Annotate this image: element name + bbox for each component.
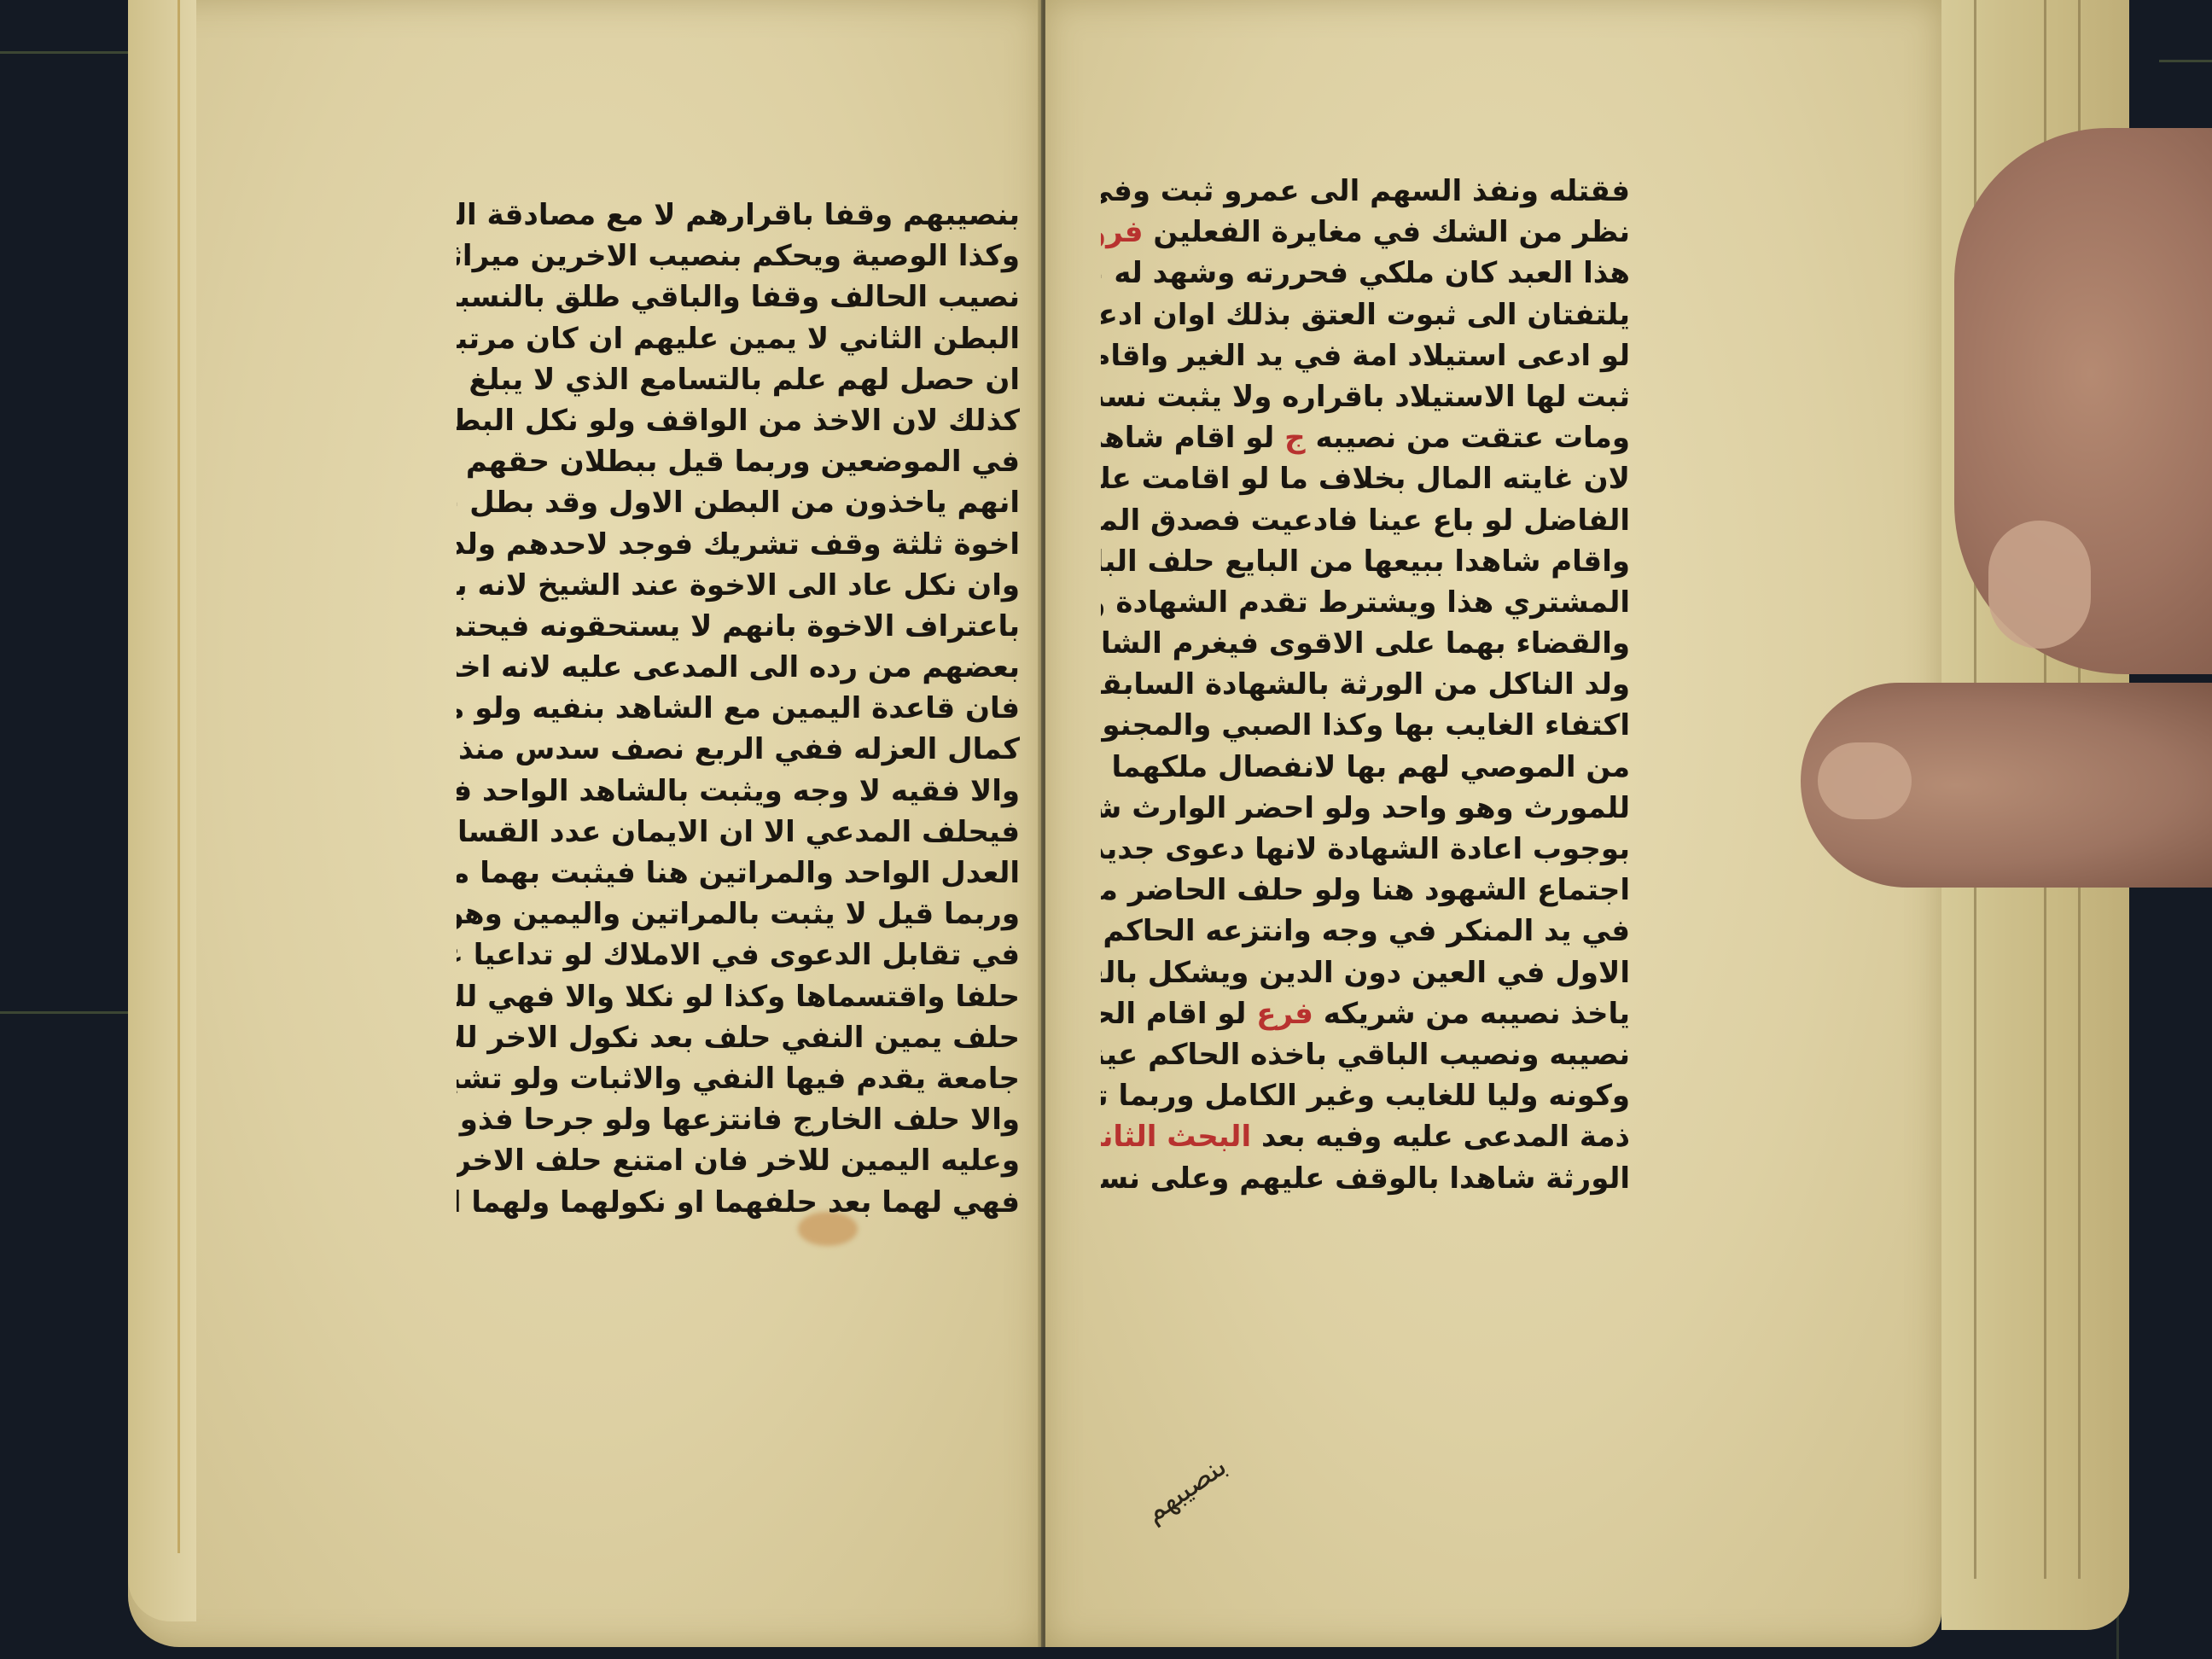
text-line: بوجوب اعادة الشهادة لانها دعوى جديدة ويش… [1101, 829, 1630, 870]
open-manuscript [128, 0, 2065, 1647]
rubric-far: فرع [1256, 997, 1313, 1031]
left-page-text: بنصيبهم وقفا باقرارهم لا مع مصادقة الدين… [457, 195, 1020, 1223]
background-tile-line [2159, 60, 2212, 62]
text-line: اكتفاء الغايب بها وكذا الصبي والمجنون في… [1101, 705, 1630, 746]
text-line: ان حصل لهم علم بالتسامع الذي لا يبلغ الح… [457, 359, 1020, 400]
text-line: وان نكل عاد الى الاخوة عند الشيخ لانه با… [457, 565, 1020, 606]
fingernail [1988, 521, 2091, 649]
text-line-with-rubric: ذمة المدعى عليه وفيه بعد البحث الثاني في… [1101, 1116, 1630, 1157]
text-segment: نظر من الشك في مغايرة الفعلين [1153, 215, 1630, 249]
text-line: فيحلف المدعي الا ان الايمان عدد القسامة … [457, 812, 1020, 853]
text-line-with-rubric: وربما قيل لا يثبت بالمراتين واليمين وهو … [457, 894, 1020, 934]
text-line: فهي لهما بعد حلفهما او نكولهما ولهما احل… [457, 1182, 1020, 1223]
hand-finger [1954, 128, 2212, 674]
text-line-with-rubric: نظر من الشك في مغايرة الفعلين فروع اربعة… [1101, 212, 1630, 253]
text-line: نصيبه ونصيب الباقي باخذه الحاكم عينا كان… [1101, 1034, 1630, 1075]
text-line: لو ادعى استيلاد امة في يد الغير واقام عد… [1101, 335, 1630, 376]
text-line: في يد المنكر في وجه وانتزعه الحاكم في اخ… [1101, 911, 1630, 952]
rubric-furu: فروع [1101, 215, 1144, 249]
text-line: انهم ياخذون من البطن الاول وقد بطل حقهم … [457, 482, 1020, 523]
text-line: جامعة يقدم فيها النفي والاثبات ولو تشبث … [457, 1058, 1020, 1099]
text-line: البطن الثاني لا يمين عليهم ان كان مرتبا … [457, 318, 1020, 359]
text-line: وكذا الوصية ويحكم بنصيب الاخرين ميراثا و… [457, 236, 1020, 276]
text-line: حلفا واقتسماها وكذا لو نكلا والا فهي للح… [457, 976, 1020, 1017]
text-line: اخوة ثلثة وقف تشريك فوجد لاحدهم ولد فله … [457, 524, 1020, 565]
text-line-with-rubric: لان غايته المال بخلاف ما لو اقامت عليه ش… [1101, 458, 1630, 499]
text-line: هذا العبد كان ملكي فحررته وشهد له عدل فف… [1101, 253, 1630, 294]
text-line: باعتراف الاخوة بانهم لا يستحقونه فيحتمل … [457, 606, 1020, 647]
text-line: نصيب الحالف وقفا والباقي طلق بالنسبة الى… [457, 276, 1020, 317]
text-line: للمورث وهو واحد ولو احضر الوارث شاهدا اخ… [1101, 788, 1630, 829]
text-line: في الموضعين وربما قيل ببطلان حقهم في وقف… [457, 441, 1020, 482]
text-line: ثبت لها الاستيلاد باقراره ولا يثبت نسب ا… [1101, 376, 1630, 417]
text-line-with-rubric: ياخذ نصيبه من شريكه فرع لو اقام الحاضر ا… [1101, 993, 1630, 1034]
text-line: ولد الناكل من الورثة بالشهادة السابقة وج… [1101, 664, 1630, 705]
thumbnail [1818, 742, 1912, 819]
text-segment: ياخذ نصيبه من شريكه [1324, 997, 1630, 1031]
text-line: كذلك لان الاخذ من الواقف ولو نكل البطن ا… [457, 400, 1020, 441]
text-segment: وربما قيل لا يثبت بالمراتين واليمين وهو … [457, 897, 1020, 931]
text-line: بنصيبهم وقفا باقرارهم لا مع مصادقة الدين… [457, 195, 1020, 236]
text-line: في تقابل الدعوى في الاملاك لو تداعيا عين… [457, 934, 1020, 975]
background-tile-line [0, 1011, 128, 1014]
text-segment: ذمة المدعى عليه وفيه بعد [1261, 1120, 1630, 1154]
text-line: واقام شاهدا ببيعها من البايع حلف البايع … [1101, 541, 1630, 582]
text-line: الورثة شاهدا بالوقف عليهم وعلى نسلهم حلف… [1101, 1158, 1630, 1199]
text-line: كمال العزله ففي الربع نصف سدس منذ موته ف… [457, 729, 1020, 770]
text-line-with-rubric: يلتفتان الى ثبوت العتق بذلك اوان ادعى به… [1101, 294, 1630, 335]
text-segment: يلتفتان الى ثبوت العتق بذلك اوان ادعى به… [1101, 298, 1630, 332]
left-page-fold [128, 0, 196, 1621]
text-line: فان قاعدة اليمين مع الشاهد بنفيه ولو مات… [457, 688, 1020, 729]
text-line: بعضهم من رده الى المدعى عليه لانه اخذ من… [457, 647, 1020, 688]
background-tile-line [0, 51, 128, 54]
text-line: وكونه وليا للغايب وغير الكامل وربما توجه… [1101, 1075, 1630, 1116]
text-line-with-rubric: ومات عتقت من نصيبه ج لو اقام شاهدا على خ… [1101, 417, 1630, 458]
text-line: الفاضل لو باع عينا فادعيت فصدق المتبايعا… [1101, 500, 1630, 541]
text-line: وعليه اليمين للاخر فان امتنع حلف الاخر و… [457, 1140, 1020, 1181]
text-segment: لان غايته المال بخلاف ما لو اقامت عليه ش… [1101, 462, 1630, 496]
text-segment: لو اقام الحاضر الكامل شاهدا بحق اخذ [1101, 997, 1246, 1031]
text-line: من الموصي لهم بها لانفصال ملكهما بخلاف ا… [1101, 747, 1630, 788]
fold-line [178, 0, 180, 1553]
text-segment: ومات عتقت من نصيبه [1316, 421, 1631, 455]
text-line: العدل الواحد والمراتين هنا فيثبت بهما مع… [457, 853, 1020, 894]
rubric-second-section: البحث الثاني [1101, 1120, 1251, 1154]
rubric-letter-j: ج [1284, 421, 1306, 455]
text-line: اجتماع الشهود هنا ولو حلف الحاضر من الور… [1101, 870, 1630, 911]
text-line: والا حلف الخارج فانتزعها ولو جرحا فذو ال… [457, 1099, 1020, 1140]
text-line: والقضاء بهما على الاقوى فيغرم الشاهد الن… [1101, 623, 1630, 664]
text-line: والا فقيه لا وجه ويثبت بالشاهد الواحد في… [457, 771, 1020, 812]
hand-thumb [1801, 683, 2212, 888]
text-line: فقتله ونفذ السهم الى عمرو ثبت وفي الهاشم… [1101, 171, 1630, 212]
text-line: الاول في العين دون الدين ويشكل بالفتوى ا… [1101, 952, 1630, 993]
text-line: حلف يمين النفي حلف بعد نكول الاخر للاثبا… [457, 1017, 1020, 1058]
right-page-text: فقتله ونفذ السهم الى عمرو ثبت وفي الهاشم… [1101, 171, 1630, 1199]
text-segment: لو اقام شاهدا على خلعها حلف [1101, 421, 1274, 455]
text-line: المشتري هذا ويشترط تقدم الشهادة والتعديل… [1101, 582, 1630, 623]
